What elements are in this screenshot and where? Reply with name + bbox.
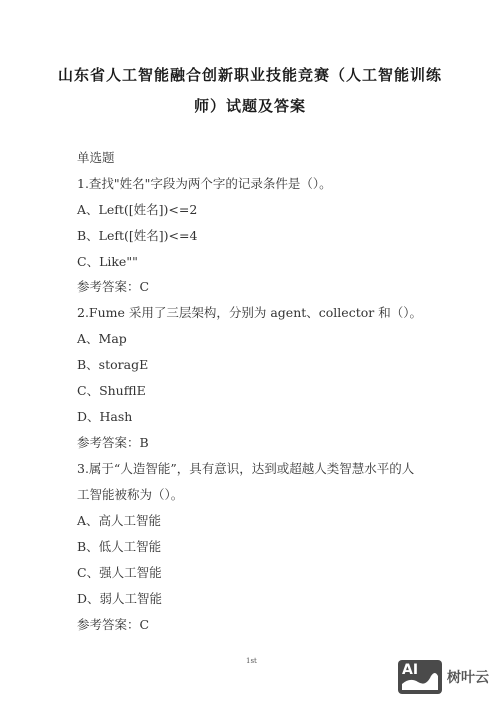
document-title-line-2: 师）试题及答案 bbox=[0, 95, 500, 116]
question-2-option-b: B、storagE bbox=[77, 355, 148, 373]
question-2-stem: 2.Fume 采用了三层架构，分别为 agent、collector 和（）。 bbox=[77, 303, 422, 321]
question-2-option-a: A、Map bbox=[77, 329, 127, 347]
question-1-stem: 1.查找"姓名"字段为两个字的记录条件是（）。 bbox=[77, 174, 332, 192]
question-3-stem-line-2: 工智能被称为（）。 bbox=[77, 485, 183, 503]
question-1-answer: 参考答案：C bbox=[77, 277, 149, 295]
watermark: AI 树叶云 bbox=[398, 660, 489, 694]
question-3-option-d: D、弱人工智能 bbox=[77, 589, 162, 607]
question-2-option-d: D、Hash bbox=[77, 407, 132, 425]
page-number: 1st bbox=[246, 657, 257, 665]
question-1-option-b: B、Left([姓名])<=4 bbox=[77, 226, 197, 244]
question-3-answer: 参考答案：C bbox=[77, 615, 149, 633]
question-3-option-c: C、强人工智能 bbox=[77, 563, 162, 581]
section-heading: 单选题 bbox=[77, 148, 115, 166]
document-title-line-1: 山东省人工智能融合创新职业技能竞赛（人工智能训练 bbox=[0, 64, 500, 85]
question-2-answer: 参考答案：B bbox=[77, 433, 149, 451]
question-3-stem-line-1: 3.属于“人造智能”，具有意识，达到或超越人类智慧水平的人 bbox=[77, 459, 414, 477]
question-1-option-a: A、Left([姓名])<=2 bbox=[77, 200, 197, 218]
question-1-option-c: C、Like"" bbox=[77, 252, 138, 270]
watermark-brand: 树叶云 bbox=[447, 667, 489, 687]
question-3-option-a: A、高人工智能 bbox=[77, 511, 161, 529]
question-3-option-b: B、低人工智能 bbox=[77, 537, 161, 555]
ai-landscape-icon: AI bbox=[398, 660, 442, 694]
question-2-option-c: C、ShufflE bbox=[77, 381, 146, 399]
